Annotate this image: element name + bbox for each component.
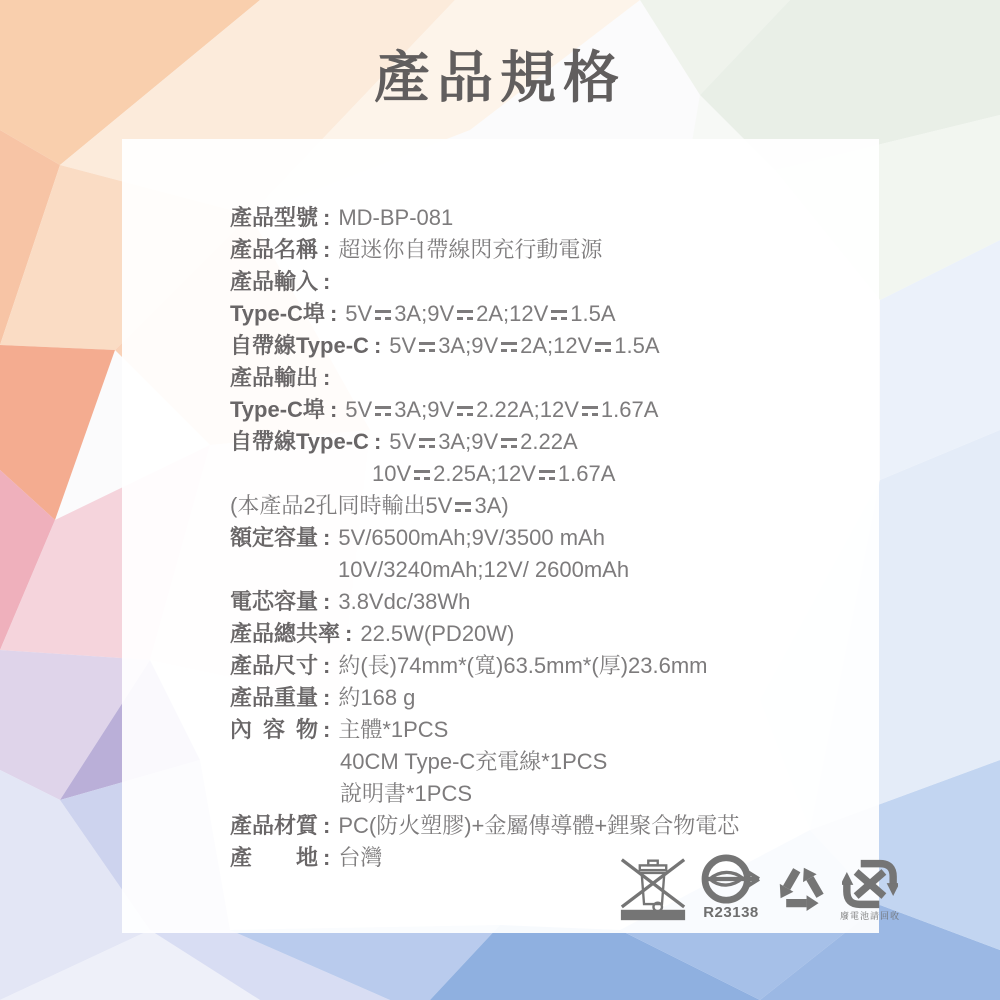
battery-recycle-icon	[842, 859, 898, 909]
spec-label: 產品重量	[230, 682, 318, 714]
spec-colon: :	[318, 269, 338, 294]
spec-value: 5V3A;9V2.22A	[389, 429, 577, 454]
recycle-icon	[775, 861, 827, 911]
spec-continuation: 10V2.25A;12V1.67A	[372, 461, 615, 486]
spec-value: 超迷你自帶線閃充行動電源	[338, 237, 602, 262]
dc-symbol	[539, 469, 555, 482]
spec-row: 產品輸入:	[230, 266, 863, 298]
crossed-out-bin-icon	[619, 857, 687, 921]
spec-row: 產品重量:約168 g	[230, 682, 863, 714]
dc-symbol	[419, 341, 435, 354]
spec-label: 內容物	[230, 714, 318, 746]
spec-row: 自帶線Type-C:5V3A;9V2A;12V1.5A	[230, 330, 863, 362]
spec-label: Type-C埠	[230, 394, 325, 426]
weee-mark	[619, 857, 687, 921]
dc-symbol	[595, 341, 611, 354]
spec-colon: :	[318, 653, 338, 678]
dc-symbol	[414, 469, 430, 482]
spec-label: Type-C埠	[230, 298, 325, 330]
bsmi-mark: R23138	[700, 853, 762, 921]
spec-row: Type-C埠:5V3A;9V2.22A;12V1.67A	[230, 394, 863, 426]
dc-symbol	[375, 405, 391, 418]
spec-value: 台灣	[338, 845, 382, 870]
spec-row: (本產品2孔同時輸出5V3A)	[230, 490, 863, 522]
spec-colon: :	[318, 813, 338, 838]
spec-continuation: (本產品2孔同時輸出5V3A)	[230, 493, 509, 518]
spec-colon: :	[318, 205, 338, 230]
dc-symbol	[501, 437, 517, 450]
spec-row: 額定容量:5V/6500mAh;9V/3500 mAh	[230, 522, 863, 554]
dc-symbol	[419, 437, 435, 450]
spec-row: 產品輸出:	[230, 362, 863, 394]
spec-value: 主體*1PCS	[338, 717, 448, 742]
spec-continuation: 10V/3240mAh;12V/ 2600mAh	[338, 557, 629, 582]
spec-row: 10V/3240mAh;12V/ 2600mAh	[230, 554, 863, 586]
spec-continuation: 說明書*1PCS	[340, 781, 472, 806]
certification-icons: R23138	[619, 853, 900, 921]
spec-label: 產品材質	[230, 810, 318, 842]
spec-label: 自帶線Type-C	[230, 330, 369, 362]
spec-colon: :	[318, 845, 338, 870]
battery-recycle-mark: 廢電池請回收	[840, 859, 900, 921]
spec-label: 電芯容量	[230, 586, 318, 618]
spec-value: 5V3A;9V2A;12V1.5A	[389, 333, 659, 358]
spec-colon: :	[318, 365, 338, 390]
dc-symbol	[375, 309, 391, 322]
spec-value: 3.8Vdc/38Wh	[338, 589, 470, 614]
spec-list: 產品型號:MD-BP-081產品名稱:超迷你自帶線閃充行動電源產品輸入:Type…	[230, 202, 863, 874]
spec-colon: :	[318, 717, 338, 742]
spec-row: 10V2.25A;12V1.67A	[230, 458, 863, 490]
dc-symbol	[457, 405, 473, 418]
spec-colon: :	[318, 589, 338, 614]
spec-value: 5V3A;9V2.22A;12V1.67A	[345, 397, 658, 422]
spec-label: 產地	[230, 842, 318, 874]
spec-colon: :	[369, 429, 389, 454]
spec-label: 產品尺寸	[230, 650, 318, 682]
dc-symbol	[457, 309, 473, 322]
spec-value: 約(長)74mm*(寬)63.5mm*(厚)23.6mm	[338, 653, 707, 678]
spec-row: 產品名稱:超迷你自帶線閃充行動電源	[230, 234, 863, 266]
spec-value: MD-BP-081	[338, 205, 453, 230]
spec-row: 自帶線Type-C:5V3A;9V2.22A	[230, 426, 863, 458]
spec-label: 額定容量	[230, 522, 318, 554]
spec-row: 產品尺寸:約(長)74mm*(寬)63.5mm*(厚)23.6mm	[230, 650, 863, 682]
spec-value: 5V/6500mAh;9V/3500 mAh	[338, 525, 605, 550]
dc-symbol	[582, 405, 598, 418]
spec-row: 內容物:主體*1PCS	[230, 714, 863, 746]
spec-row: Type-C埠:5V3A;9V2A;12V1.5A	[230, 298, 863, 330]
spec-value: PC(防火塑膠)+金屬傳導體+鋰聚合物電芯	[338, 813, 739, 838]
spec-colon: :	[369, 333, 389, 358]
dc-symbol	[455, 501, 471, 514]
spec-colon: :	[325, 301, 345, 326]
spec-label: 產品總共率	[230, 618, 340, 650]
spec-row: 電芯容量:3.8Vdc/38Wh	[230, 586, 863, 618]
spec-row: 產品總共率:22.5W(PD20W)	[230, 618, 863, 650]
spec-row: 產品材質:PC(防火塑膠)+金屬傳導體+鋰聚合物電芯	[230, 810, 863, 842]
bsmi-code: R23138	[703, 905, 759, 921]
spec-colon: :	[318, 525, 338, 550]
spec-label: 產品名稱	[230, 234, 318, 266]
dc-symbol	[551, 309, 567, 322]
spec-colon: :	[325, 397, 345, 422]
page-title: 產品規格	[0, 34, 1000, 114]
spec-row: 40CM Type-C充電線*1PCS	[230, 746, 863, 778]
spec-colon: :	[340, 621, 360, 646]
spec-row: 說明書*1PCS	[230, 778, 863, 810]
spec-continuation: 40CM Type-C充電線*1PCS	[340, 749, 607, 774]
bsmi-icon	[700, 853, 762, 905]
spec-value: 22.5W(PD20W)	[360, 621, 514, 646]
battery-recycle-label: 廢電池請回收	[840, 911, 900, 921]
recycle-mark	[775, 861, 827, 921]
spec-value: 5V3A;9V2A;12V1.5A	[345, 301, 615, 326]
spec-label: 產品型號	[230, 202, 318, 234]
spec-row: 產品型號:MD-BP-081	[230, 202, 863, 234]
spec-label: 產品輸出	[230, 362, 318, 394]
spec-value: 約168 g	[338, 685, 415, 710]
spec-colon: :	[318, 685, 338, 710]
spec-colon: :	[318, 237, 338, 262]
spec-label: 自帶線Type-C	[230, 426, 369, 458]
spec-label: 產品輸入	[230, 266, 318, 298]
dc-symbol	[501, 341, 517, 354]
spec-card: 產品型號:MD-BP-081產品名稱:超迷你自帶線閃充行動電源產品輸入:Type…	[122, 139, 879, 933]
